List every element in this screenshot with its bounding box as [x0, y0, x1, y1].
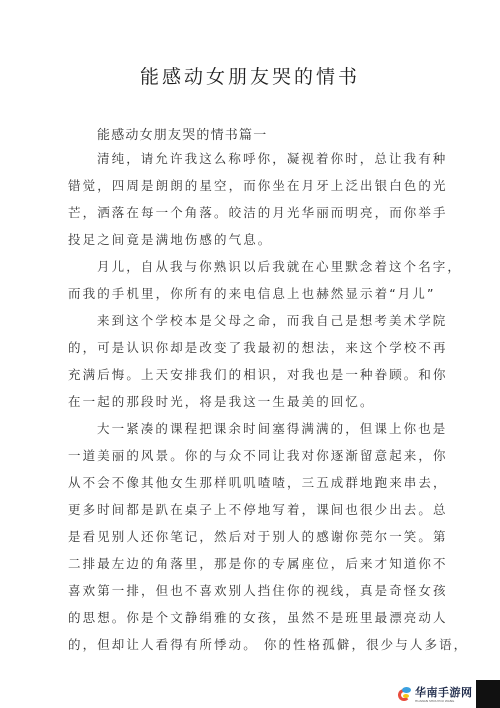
body-text-line: 错觉，四周是朗朗的星空，而你坐在月牙上泛出银白色的光 — [68, 177, 448, 195]
body-text-line: 在一起的那段时光，将是我这一生最美的回忆。 — [68, 393, 375, 411]
body-text-line: 从不会不像其他女生那样叽叽喳喳，三五成群地跑来串去， — [68, 474, 448, 492]
watermark-name: 华南手游网 — [415, 686, 473, 699]
body-text-line: 喜欢第一排，但也不喜欢别人挡住你的视线，真是奇怪女孩 — [68, 582, 448, 600]
watermark-subtext: HUANAN SHOUYOU WANG — [415, 699, 473, 703]
body-text-line: 的思想。你是个文静绢雅的女孩，虽然不是班里最漂亮动人 — [68, 609, 448, 627]
body-text-line: 月儿，自从我与你熟识以后我就在心里默念着这个名字， — [97, 258, 462, 276]
body-text-line: 投足之间竟是满地伤感的气息。 — [68, 231, 272, 249]
body-text-line: 的，但却让人看得有所悸动。 你的性格孤僻，很少与人多语， — [68, 636, 468, 654]
body-text-line: 而我的手机里，你所有的来电信息上也赫然显示着“月儿” — [68, 285, 436, 303]
body-text-line: 芒，洒落在每一个角落。皎洁的月光华丽而明亮，而你举手 — [68, 204, 448, 222]
site-watermark: 华南手游网 HUANAN SHOUYOU WANG — [396, 680, 500, 708]
body-text-line: 二排最左边的角落里，那是你的专属座位，后来才知道你不 — [68, 555, 448, 573]
body-text-line: 大一紧凑的课程把课余时间塞得满满的，但课上你也是 — [97, 420, 447, 438]
document-page: 能感动女朋友哭的情书 能感动女朋友哭的情书篇一 清纯，请允许我这么称呼你，凝视着… — [0, 0, 500, 708]
body-text-line: 一道美丽的风景。你的与众不同让我对你逐渐留意起来，你 — [68, 447, 448, 465]
section-heading: 能感动女朋友哭的情书篇一 — [97, 124, 267, 143]
body-text-line: 充满后悔。上天安排我们的相识，对我也是一种眷顾。和你 — [68, 366, 448, 384]
body-text-line: 清纯，请允许我这么称呼你，凝视着你时，总让我有种 — [97, 150, 447, 168]
body-text-line: 的，可是认识你却是改变了我最初的想法，来这个学校不再 — [68, 339, 448, 357]
body-text-line: 来到这个学校本是父母之命，而我自己是想考美术学院 — [97, 312, 447, 330]
watermark-dark-block — [476, 680, 500, 708]
watermark-badge: 华南手游网 HUANAN SHOUYOU WANG — [396, 680, 476, 708]
body-text-line: 更多时间都是趴在桌子上不停地写着，课间也很少出去。总 — [68, 501, 448, 519]
colorful-swirl-logo-icon — [398, 687, 412, 701]
document-title: 能感动女朋友哭的情书 — [0, 62, 500, 89]
body-text-line: 是看见别人还你笔记，然后对于别人的感谢你莞尔一笑。第 — [68, 528, 448, 546]
